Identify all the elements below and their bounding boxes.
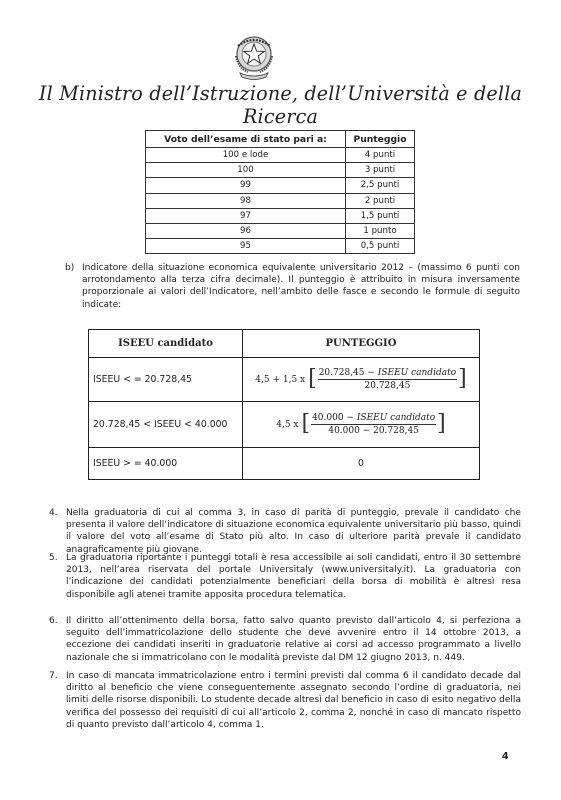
ministry-title: Il Ministro dell’Istruzione, dell’Univer… (6, 82, 556, 128)
item-text: Nella graduatoria di cui al comma 3, in … (66, 508, 521, 555)
punteggio-cell: 3 punti (346, 163, 415, 178)
table-header-row: Voto dell’esame di stato pari a: Puntegg… (146, 131, 415, 148)
voto-cell: 95 (146, 239, 346, 254)
column-header-iseeu: ISEEU candidato (89, 330, 243, 358)
table-row: 982 punti (146, 193, 415, 208)
column-header-voto: Voto dell’esame di stato pari a: (146, 131, 346, 148)
column-header-punteggio: Punteggio (346, 131, 415, 148)
table-row: 1003 punti (146, 163, 415, 178)
iseeu-range-cell: ISEEU > = 40.000 (89, 448, 243, 480)
formula: 4,5 x [ 40.000 − ISEEU candidato 40.000 … (276, 413, 446, 436)
numerator-value: 40.000 − (312, 413, 354, 423)
punteggio-cell: 1,5 punti (346, 208, 415, 223)
table-row: 20.728,45 < ISEEU < 40.000 4,5 x [ 40.00… (89, 402, 480, 448)
numerator-variable: ISEEU candidato (357, 413, 435, 423)
paragraph-item-b: b) Indicatore della situazione economica… (82, 262, 520, 311)
table-row: ISEEU < = 20.728,45 4,5 + 1,5 x [ 20.728… (89, 358, 480, 402)
voto-cell: 100 (146, 163, 346, 178)
formula-prefix: 4,5 x (276, 420, 298, 430)
item-number: 4. (49, 507, 58, 519)
item-text: In caso di mancata immatricolazione entr… (66, 671, 521, 730)
table-row: 100 e lode4 punti (146, 148, 415, 163)
table-row: 992,5 punti (146, 178, 415, 193)
punteggio-cell: 0,5 punti (346, 239, 415, 254)
formula-prefix: 4,5 + 1,5 x (255, 375, 305, 385)
numerator-value: 20.728,45 − (319, 368, 375, 378)
table-row: 971,5 punti (146, 208, 415, 223)
column-header-punteggio: PUNTEGGIO (243, 330, 480, 358)
item-text: La graduatoria riportante i punteggi tot… (66, 553, 521, 600)
item-text: Il diritto all’ottenimento della borsa, … (66, 616, 521, 663)
voto-cell: 97 (146, 208, 346, 223)
table-header-row: ISEEU candidato PUNTEGGIO (89, 330, 480, 358)
voto-cell: 100 e lode (146, 148, 346, 163)
punteggio-cell: 2 punti (346, 193, 415, 208)
punteggio-cell: 2,5 punti (346, 178, 415, 193)
punteggio-cell: 1 punto (346, 223, 415, 238)
voto-cell: 96 (146, 223, 346, 238)
paragraph-item-6: 6. Il diritto all’ottenimento della bors… (66, 615, 521, 664)
iseeu-range-cell: 20.728,45 < ISEEU < 40.000 (89, 402, 243, 448)
page-number: 4 (502, 751, 509, 762)
formula-cell: 4,5 + 1,5 x [ 20.728,45 − ISEEU candidat… (243, 358, 480, 402)
item-label: b) (65, 262, 74, 274)
denominator: 20.728,45 (365, 380, 411, 391)
formula-cell: 4,5 x [ 40.000 − ISEEU candidato 40.000 … (243, 402, 480, 448)
item-number: 7. (49, 670, 58, 682)
iseeu-punteggio-table: ISEEU candidato PUNTEGGIO ISEEU < = 20.7… (88, 329, 480, 480)
table-row: 961 punto (146, 223, 415, 238)
item-text: Indicatore della situazione economica eq… (82, 263, 520, 310)
paragraph-item-7: 7. In caso di mancata immatricolazione e… (66, 670, 521, 731)
voto-cell: 98 (146, 193, 346, 208)
item-number: 6. (49, 615, 58, 627)
voto-punteggio-table: Voto dell’esame di stato pari a: Puntegg… (145, 130, 415, 254)
numerator-variable: ISEEU candidato (378, 368, 456, 378)
paragraph-item-4: 4. Nella graduatoria di cui al comma 3, … (66, 507, 521, 556)
paragraph-item-5: 5. La graduatoria riportante i punteggi … (66, 552, 521, 601)
italian-republic-emblem-icon (228, 32, 280, 82)
formula: 4,5 + 1,5 x [ 20.728,45 − ISEEU candidat… (255, 368, 466, 391)
iseeu-range-cell: ISEEU < = 20.728,45 (89, 358, 243, 402)
punteggio-value-cell: 0 (243, 448, 480, 480)
punteggio-cell: 4 punti (346, 148, 415, 163)
item-number: 5. (49, 552, 58, 564)
denominator: 40.000 − 20.728,45 (328, 425, 419, 436)
voto-cell: 99 (146, 178, 346, 193)
table-row: ISEEU > = 40.000 0 (89, 448, 480, 480)
table-row: 950,5 punti (146, 239, 415, 254)
